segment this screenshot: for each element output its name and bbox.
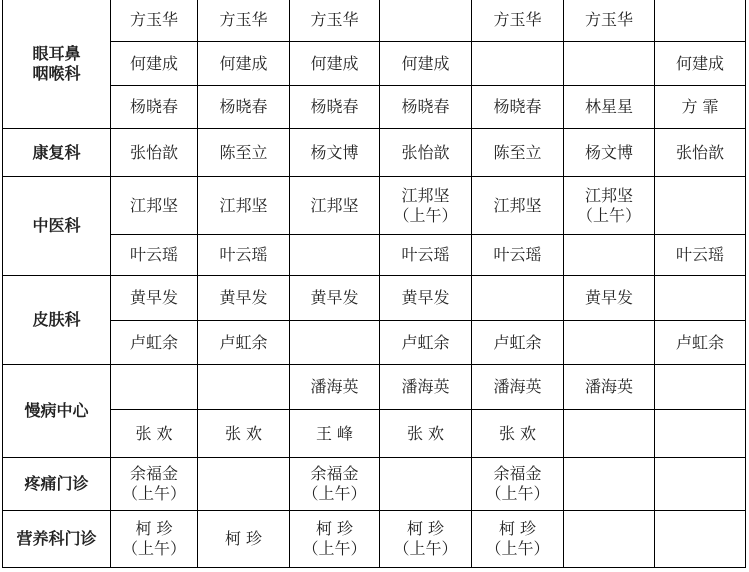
table-row: 慢病中心 潘海英 潘海英 潘海英 潘海英 [3,365,746,410]
schedule-cell: 叶云瑶 [655,235,746,276]
schedule-cell [564,410,655,458]
schedule-cell: 江邦坚 [198,177,290,235]
schedule-cell: 叶云瑶 [198,235,290,276]
schedule-cell: 潘海英 [290,365,380,410]
table-row: 营养科门诊 柯 珍 （上午） 柯 珍 柯 珍 （上午） 柯 珍 （上午） 柯 珍… [3,511,746,568]
schedule-cell [564,235,655,276]
schedule-cell: 何建成 [290,42,380,86]
schedule-cell [472,276,564,321]
department-name: 疼痛门诊 [3,458,111,511]
schedule-cell: 杨晓春 [472,86,564,129]
schedule-cell [564,321,655,365]
schedule-cell: 江邦坚 [290,177,380,235]
schedule-cell: 张 欢 [380,410,472,458]
schedule-cell: 卢虹余 [380,321,472,365]
table-row: 叶云瑶 叶云瑶 叶云瑶 叶云瑶 叶云瑶 [3,235,746,276]
schedule-cell [290,321,380,365]
schedule-cell: 张怡歆 [380,129,472,177]
table-row: 皮肤科 黄早发 黄早发 黄早发 黄早发 黄早发 [3,276,746,321]
department-name: 皮肤科 [3,276,111,365]
department-name: 眼耳鼻 咽喉科 [3,0,111,129]
schedule-cell: 林星星 [564,86,655,129]
schedule-cell [655,410,746,458]
schedule-cell [111,365,198,410]
table-row: 中医科 江邦坚 江邦坚 江邦坚 江邦坚 （上午） 江邦坚 江邦坚 （上午） [3,177,746,235]
schedule-cell: 叶云瑶 [111,235,198,276]
schedule-cell [655,177,746,235]
schedule-cell: 王 峰 [290,410,380,458]
schedule-cell: 黄早发 [111,276,198,321]
schedule-cell: 余福金 （上午） [111,458,198,511]
schedule-cell [564,42,655,86]
schedule-cell [655,511,746,568]
table-row: 眼耳鼻 咽喉科 方玉华 方玉华 方玉华 方玉华 方玉华 [3,0,746,42]
schedule-cell: 余福金 （上午） [290,458,380,511]
schedule-cell: 黄早发 [198,276,290,321]
schedule-cell: 杨晓春 [290,86,380,129]
schedule-cell: 黄早发 [290,276,380,321]
schedule-cell: 叶云瑶 [472,235,564,276]
schedule-cell [655,276,746,321]
schedule-cell: 张怡歆 [111,129,198,177]
schedule-cell [198,458,290,511]
schedule-cell: 卢虹余 [111,321,198,365]
schedule-cell: 江邦坚 [472,177,564,235]
schedule-cell: 黄早发 [380,276,472,321]
schedule-cell: 叶云瑶 [380,235,472,276]
table-row: 疼痛门诊 余福金 （上午） 余福金 （上午） 余福金 （上午） [3,458,746,511]
schedule-cell: 潘海英 [380,365,472,410]
schedule-cell: 江邦坚 （上午） [564,177,655,235]
schedule-cell: 何建成 [111,42,198,86]
schedule-cell: 何建成 [198,42,290,86]
schedule-cell: 何建成 [655,42,746,86]
schedule-cell: 方 霏 [655,86,746,129]
schedule-cell: 杨文博 [564,129,655,177]
schedule-cell: 柯 珍 （上午） [472,511,564,568]
table-row: 卢虹余 卢虹余 卢虹余 卢虹余 卢虹余 [3,321,746,365]
schedule-cell [290,235,380,276]
schedule-cell: 方玉华 [198,0,290,42]
schedule-cell: 方玉华 [290,0,380,42]
schedule-cell: 黄早发 [564,276,655,321]
table-row: 张 欢 张 欢 王 峰 张 欢 张 欢 [3,410,746,458]
department-name: 营养科门诊 [3,511,111,568]
schedule-cell: 江邦坚 （上午） [380,177,472,235]
schedule-cell: 方玉华 [472,0,564,42]
schedule-cell: 何建成 [380,42,472,86]
schedule-cell: 杨晓春 [380,86,472,129]
schedule-cell: 杨文博 [290,129,380,177]
schedule-cell: 杨晓春 [111,86,198,129]
table-row: 杨晓春 杨晓春 杨晓春 杨晓春 杨晓春 林星星 方 霏 [3,86,746,129]
schedule-cell: 卢虹余 [198,321,290,365]
schedule-cell: 方玉华 [564,0,655,42]
schedule-cell: 卢虹余 [472,321,564,365]
schedule-cell: 柯 珍 [198,511,290,568]
schedule-cell [380,458,472,511]
schedule-cell [380,0,472,42]
schedule-cell [655,365,746,410]
schedule-body: 眼耳鼻 咽喉科 方玉华 方玉华 方玉华 方玉华 方玉华 何建成 何建成 何建成 … [3,0,746,568]
schedule-cell: 柯 珍 （上午） [290,511,380,568]
schedule-cell: 江邦坚 [111,177,198,235]
schedule-cell: 余福金 （上午） [472,458,564,511]
schedule-cell: 柯 珍 （上午） [111,511,198,568]
schedule-cell: 卢虹余 [655,321,746,365]
schedule-cell: 杨晓春 [198,86,290,129]
schedule-cell: 方玉华 [111,0,198,42]
schedule-cell [655,458,746,511]
table-row: 康复科 张怡歆 陈至立 杨文博 张怡歆 陈至立 杨文博 张怡歆 [3,129,746,177]
schedule-cell: 张 欢 [198,410,290,458]
schedule-cell [198,365,290,410]
schedule-cell: 张 欢 [111,410,198,458]
department-name: 中医科 [3,177,111,276]
schedule-cell: 陈至立 [472,129,564,177]
table-row: 何建成 何建成 何建成 何建成 何建成 [3,42,746,86]
schedule-cell [655,0,746,42]
department-name: 慢病中心 [3,365,111,458]
department-name: 康复科 [3,129,111,177]
schedule-cell: 潘海英 [564,365,655,410]
schedule-cell [472,42,564,86]
duty-schedule-table: 眼耳鼻 咽喉科 方玉华 方玉华 方玉华 方玉华 方玉华 何建成 何建成 何建成 … [2,0,746,568]
schedule-cell [564,458,655,511]
schedule-cell: 潘海英 [472,365,564,410]
schedule-cell: 陈至立 [198,129,290,177]
schedule-cell: 张怡歆 [655,129,746,177]
schedule-cell: 张 欢 [472,410,564,458]
schedule-cell: 柯 珍 （上午） [380,511,472,568]
schedule-cell [564,511,655,568]
